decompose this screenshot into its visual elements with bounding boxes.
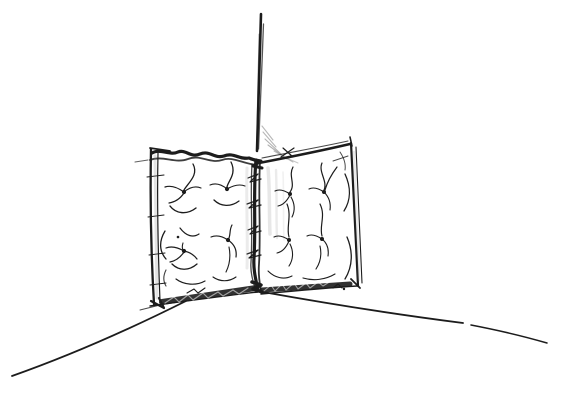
right-panel-tufting-stroke (324, 192, 330, 210)
right-panel-tufting-stroke (291, 197, 294, 217)
left-panel-tufting-stroke (184, 251, 197, 259)
left-panel-frame-stroke (151, 149, 154, 304)
left-panel-tufting-stroke (180, 228, 199, 236)
right-panel-tufting-stroke (345, 237, 351, 279)
left-panel-tufting-stroke (161, 231, 166, 259)
left-panel-tufting-stroke (184, 164, 195, 190)
right-panel-tufting-stroke (289, 244, 293, 266)
left-panel-tufting-stroke (176, 279, 205, 284)
left-panel-tufting (161, 162, 245, 286)
left-panel-tufting-stroke (213, 277, 236, 281)
left-panel-tufting-stroke (166, 247, 184, 251)
right-panel-tufting-stroke (268, 271, 292, 278)
right-panel-tufting-stroke (277, 241, 289, 253)
corner-seam-hatch-stroke (259, 162, 261, 291)
corner-seam-hatch (247, 159, 262, 292)
edge-shading-stroke (247, 168, 248, 268)
floor-lines-stroke (471, 325, 547, 343)
right-panel-shadow-stroke (343, 288, 345, 290)
page: { "meta": { "kind": "hand-drawn ink sket… (0, 0, 570, 400)
right-panel-shadow (262, 281, 350, 291)
right-panel-tufting (268, 152, 351, 280)
left-panel-tufting-stroke (184, 187, 201, 192)
left-panel-frame-stroke (135, 160, 148, 162)
right-panel-tufting-stroke (309, 188, 324, 192)
left-panel-tufting-stroke (228, 225, 232, 240)
right-panel-tufting-stroke (287, 204, 289, 237)
corner-wall-shading-stroke (276, 170, 277, 238)
left-panel-tufting-stroke (210, 184, 227, 189)
floor-lines (12, 292, 547, 376)
corner-wall-shading-stroke (268, 168, 270, 234)
right-panel-tufting-stroke (322, 239, 328, 256)
left-panel-tufting-stroke (169, 193, 184, 203)
left-panel-tufting-stroke (182, 243, 183, 250)
left-panel-tufting-stroke (165, 186, 184, 192)
right-panel-frame (259, 137, 362, 294)
floor-lines-stroke (12, 301, 186, 376)
corner-upholstery-sketch (0, 0, 570, 400)
left-panel-tufting-stroke (172, 264, 197, 269)
left-panel-tufting-stroke (214, 200, 239, 205)
right-panel-tufting-stroke (303, 274, 335, 280)
left-panel-shadow-stroke (187, 288, 205, 293)
right-panel-frame-stroke (333, 156, 348, 161)
left-panel-tufting-stroke (170, 252, 184, 262)
right-panel-tufting-stroke (321, 163, 325, 190)
left-panel-frame (135, 148, 258, 306)
right-panel-tufting-stroke (325, 167, 337, 190)
corner-wall-shading-stroke (265, 139, 281, 154)
right-panel-tufting-stroke (344, 174, 349, 211)
wall-corner-edge (257, 14, 264, 151)
right-panel-tufting-stroke (340, 152, 345, 170)
floor-lines-stroke (263, 292, 463, 323)
corner-wall-shading-stroke (283, 172, 284, 240)
sketch-stage (0, 0, 570, 400)
edge-shading-stroke (155, 156, 157, 298)
left-panel-tufting-stroke (211, 236, 228, 240)
right-panel-tufting-stroke (316, 246, 321, 269)
left-panel-tufting-stroke (170, 206, 196, 213)
left-panel-tufting-stroke (177, 236, 180, 239)
right-panel-tufting-stroke (307, 235, 322, 239)
left-panel-tufting-stroke (227, 185, 245, 189)
right-panel-tufting-stroke (320, 204, 323, 236)
right-panel-tufting-stroke (290, 167, 293, 192)
left-panel-tufting-stroke (227, 162, 233, 187)
left-panel-tufting-stroke (226, 247, 230, 272)
